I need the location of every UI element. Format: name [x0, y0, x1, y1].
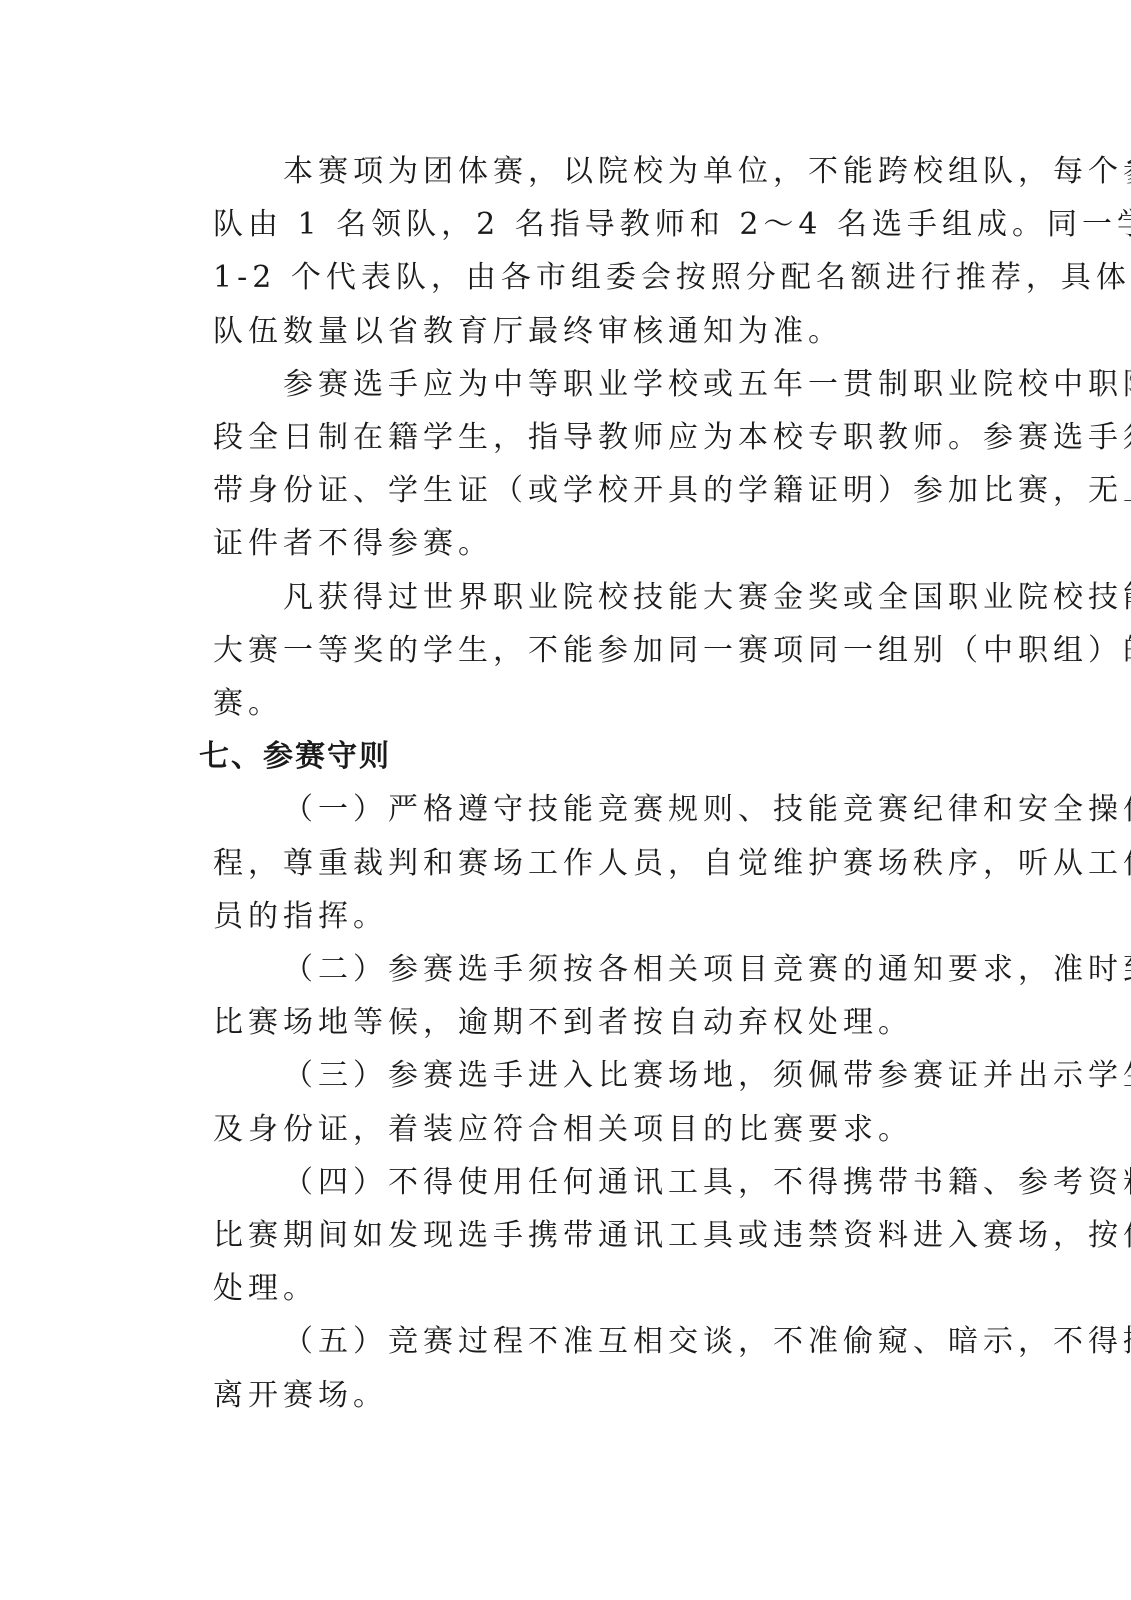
text-line: 队伍数量以省教育厅最终审核通知为准。: [143, 305, 986, 358]
text-line: 程，尊重裁判和赛场工作人员，自觉维护赛场秩序，听从工作人: [143, 837, 986, 890]
text-line: 段全日制在籍学生，指导教师应为本校专职教师。参赛选手须携: [143, 411, 986, 464]
text-line: 员的指挥。: [143, 890, 986, 943]
text-line: 大赛一等奖的学生，不能参加同一赛项同一组别（中职组）的省: [143, 624, 986, 677]
text-line: （四）不得使用任何通讯工具，不得携带书籍、参考资料，: [143, 1156, 986, 1209]
text-line: 凡获得过世界职业院校技能大赛金奖或全国职业院校技能: [143, 571, 986, 624]
text-line: 比赛场地等候，逾期不到者按自动弃权处理。: [143, 996, 986, 1049]
text-line: 及身份证，着装应符合相关项目的比赛要求。: [143, 1103, 986, 1156]
text-line: （二）参赛选手须按各相关项目竞赛的通知要求，准时到达: [143, 943, 986, 996]
text-line: （五）竞赛过程不准互相交谈，不准偷窥、暗示，不得擅自: [143, 1315, 986, 1368]
text-line: 离开赛场。: [143, 1369, 986, 1422]
paragraph-rule-2: （二）参赛选手须按各相关项目竞赛的通知要求，准时到达 比赛场地等候，逾期不到者按…: [143, 943, 986, 1049]
paragraph-rule-3: （三）参赛选手进入比赛场地，须佩带参赛证并出示学生证 及身份证，着装应符合相关项…: [143, 1049, 986, 1155]
text-line: （一）严格遵守技能竞赛规则、技能竞赛纪律和安全操作规: [143, 783, 986, 836]
text-line: 1-2 个代表队，由各市组委会按照分配名额进行推荐，具体参赛: [143, 251, 986, 304]
paragraph-prior-winners: 凡获得过世界职业院校技能大赛金奖或全国职业院校技能 大赛一等奖的学生，不能参加同…: [143, 571, 986, 731]
heading-text: 七、参赛守则: [143, 730, 986, 783]
text-line: 参赛选手应为中等职业学校或五年一贯制职业院校中职阶: [143, 358, 986, 411]
text-line: 处理。: [143, 1262, 986, 1315]
paragraph-rule-1: （一）严格遵守技能竞赛规则、技能竞赛纪律和安全操作规 程，尊重裁判和赛场工作人员…: [143, 783, 986, 943]
paragraph-rule-4: （四）不得使用任何通讯工具，不得携带书籍、参考资料， 比赛期间如发现选手携带通讯…: [143, 1156, 986, 1316]
text-line: 带身份证、学生证（或学校开具的学籍证明）参加比赛，无上述: [143, 464, 986, 517]
text-line: 赛。: [143, 677, 986, 730]
document-page: 本赛项为团体赛，以院校为单位，不能跨校组队，每个参赛 队由 1 名领队，2 名指…: [143, 145, 986, 1422]
section-heading-rules: 七、参赛守则: [143, 730, 986, 783]
paragraph-rule-5: （五）竞赛过程不准互相交谈，不准偷窥、暗示，不得擅自 离开赛场。: [143, 1315, 986, 1421]
text-line: 比赛期间如发现选手携带通讯工具或违禁资料进入赛场，按作弊: [143, 1209, 986, 1262]
paragraph-team-composition: 本赛项为团体赛，以院校为单位，不能跨校组队，每个参赛 队由 1 名领队，2 名指…: [143, 145, 986, 358]
paragraph-eligibility: 参赛选手应为中等职业学校或五年一贯制职业院校中职阶 段全日制在籍学生，指导教师应…: [143, 358, 986, 571]
text-line: （三）参赛选手进入比赛场地，须佩带参赛证并出示学生证: [143, 1049, 986, 1102]
text-line: 队由 1 名领队，2 名指导教师和 2～4 名选手组成。同一学校可报: [143, 198, 986, 251]
text-line: 证件者不得参赛。: [143, 517, 986, 570]
text-line: 本赛项为团体赛，以院校为单位，不能跨校组队，每个参赛: [143, 145, 986, 198]
